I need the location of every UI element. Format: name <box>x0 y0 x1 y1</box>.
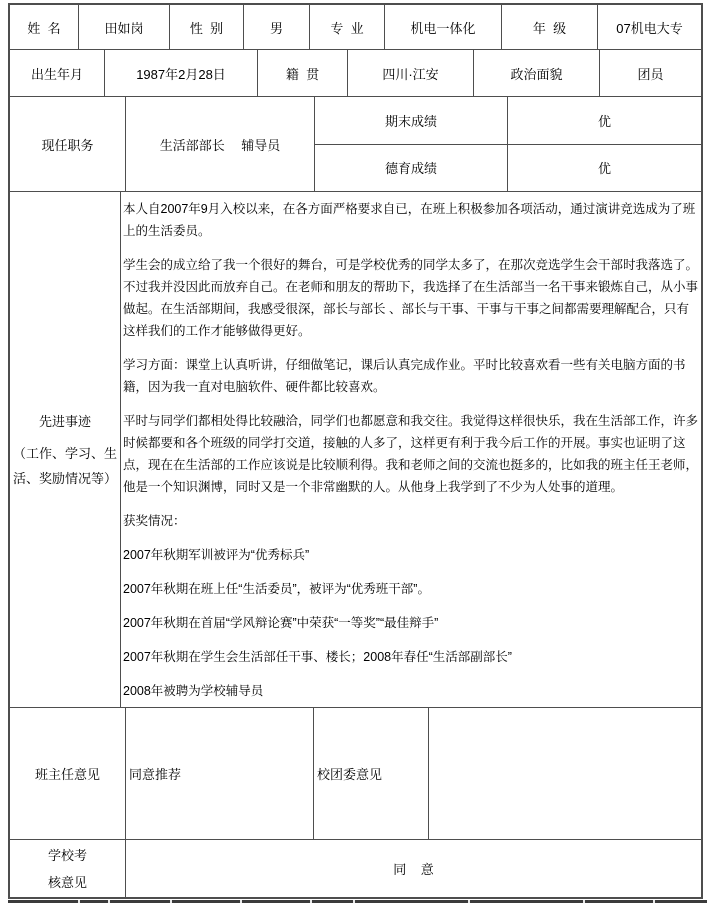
deeds-text: 本人自2007年9月入校以来，在各方面严格要求自已，在班上积极参加各项活动，通过… <box>121 192 701 707</box>
birthdate-label: 出生年月 <box>10 50 105 96</box>
birthdate-value: 1987年2月28日 <box>105 50 258 96</box>
scores-block: 期末成绩 优 德育成绩 优 <box>315 97 701 191</box>
origin-value: 四川·江安 <box>348 50 474 96</box>
deeds-paragraph: 2007年秋期军训被评为“优秀标兵” <box>123 544 699 566</box>
gender-label: 性 别 <box>170 5 244 49</box>
row-basic-info-2: 出生年月 1987年2月28日 籍 贯 四川·江安 政治面貌 团员 <box>10 50 701 97</box>
deeds-paragraph: 平时与同学们都相处得比较融洽，同学们也都愿意和我交往。我觉得这样很快乐，我在生活… <box>123 410 699 498</box>
school-assessment-value: 同 意 <box>126 840 701 897</box>
final-score-row: 期末成绩 优 <box>315 97 701 145</box>
deeds-paragraph: 学习方面：课堂上认真听讲，仔细做笔记，课后认真完成作业。平时比较喜欢看一些有关电… <box>123 354 699 398</box>
grade-label: 年 级 <box>502 5 598 49</box>
committee-opinion-label: 校团委意见 <box>314 708 429 839</box>
teacher-opinion-value: 同意推荐 <box>126 708 314 839</box>
deeds-label-subtitle2: 活、奖励情况等） <box>13 466 117 491</box>
gender-value: 男 <box>244 5 310 49</box>
deeds-paragraph: 2008年被聘为学校辅导员 <box>123 680 699 702</box>
row-deeds: 先进事迹 （工作、学习、生 活、奖励情况等） 本人自2007年9月入校以来，在各… <box>10 192 701 708</box>
committee-opinion-value <box>429 708 701 839</box>
deeds-paragraph: 2007年秋期在班上任“生活委员”，被评为“优秀班干部”。 <box>123 578 699 600</box>
origin-label: 籍 贯 <box>258 50 348 96</box>
deeds-paragraph: 2007年秋期在首届“学风辩论赛”中荣获“一等奖”“最佳辩手” <box>123 612 699 634</box>
position-label: 现任职务 <box>10 97 126 191</box>
moral-score-row: 德育成绩 优 <box>315 145 701 192</box>
deeds-paragraph: 获奖情况： <box>123 510 699 532</box>
grade-value: 07机电大专 <box>598 5 701 49</box>
deeds-paragraph: 学生会的成立给了我一个很好的舞台，可是学校优秀的同学太多了，在那次竞选学生会干部… <box>123 254 699 342</box>
major-label: 专 业 <box>310 5 385 49</box>
row-position-scores: 现任职务 生活部部长 辅导员 期末成绩 优 德育成绩 优 <box>10 97 701 192</box>
political-value: 团员 <box>600 50 701 96</box>
position-value: 生活部部长 辅导员 <box>126 97 315 191</box>
deeds-paragraph: 2007年秋期在学生会生活部任干事、楼长；2008年春任“生活部副部长” <box>123 646 699 668</box>
moral-score-label: 德育成绩 <box>315 145 508 192</box>
deeds-label-title: 先进事迹 <box>39 409 91 434</box>
school-assessment-label-line1: 学校考 <box>48 842 87 869</box>
name-value: 田如岗 <box>79 5 170 49</box>
moral-score-value: 优 <box>508 145 701 192</box>
political-label: 政治面貌 <box>474 50 600 96</box>
school-assessment-label: 学校考 核意见 <box>10 840 126 897</box>
final-score-value: 优 <box>508 97 701 144</box>
row-opinions: 班主任意见 同意推荐 校团委意见 <box>10 708 701 840</box>
deeds-label: 先进事迹 （工作、学习、生 活、奖励情况等） <box>10 192 121 707</box>
major-value: 机电一体化 <box>385 5 502 49</box>
student-evaluation-form: 姓 名 田如岗 性 别 男 专 业 机电一体化 年 级 07机电大专 出生年月 … <box>8 3 703 899</box>
teacher-opinion-label: 班主任意见 <box>10 708 126 839</box>
deeds-label-subtitle1: （工作、学习、生 <box>13 441 117 466</box>
row-school-assessment: 学校考 核意见 同 意 <box>10 840 701 897</box>
name-label: 姓 名 <box>10 5 79 49</box>
deeds-paragraph: 本人自2007年9月入校以来，在各方面严格要求自已，在班上积极参加各项活动，通过… <box>123 198 699 242</box>
school-assessment-label-line2: 核意见 <box>48 869 87 896</box>
final-score-label: 期末成绩 <box>315 97 508 144</box>
row-basic-info-1: 姓 名 田如岗 性 别 男 专 业 机电一体化 年 级 07机电大专 <box>10 5 701 50</box>
